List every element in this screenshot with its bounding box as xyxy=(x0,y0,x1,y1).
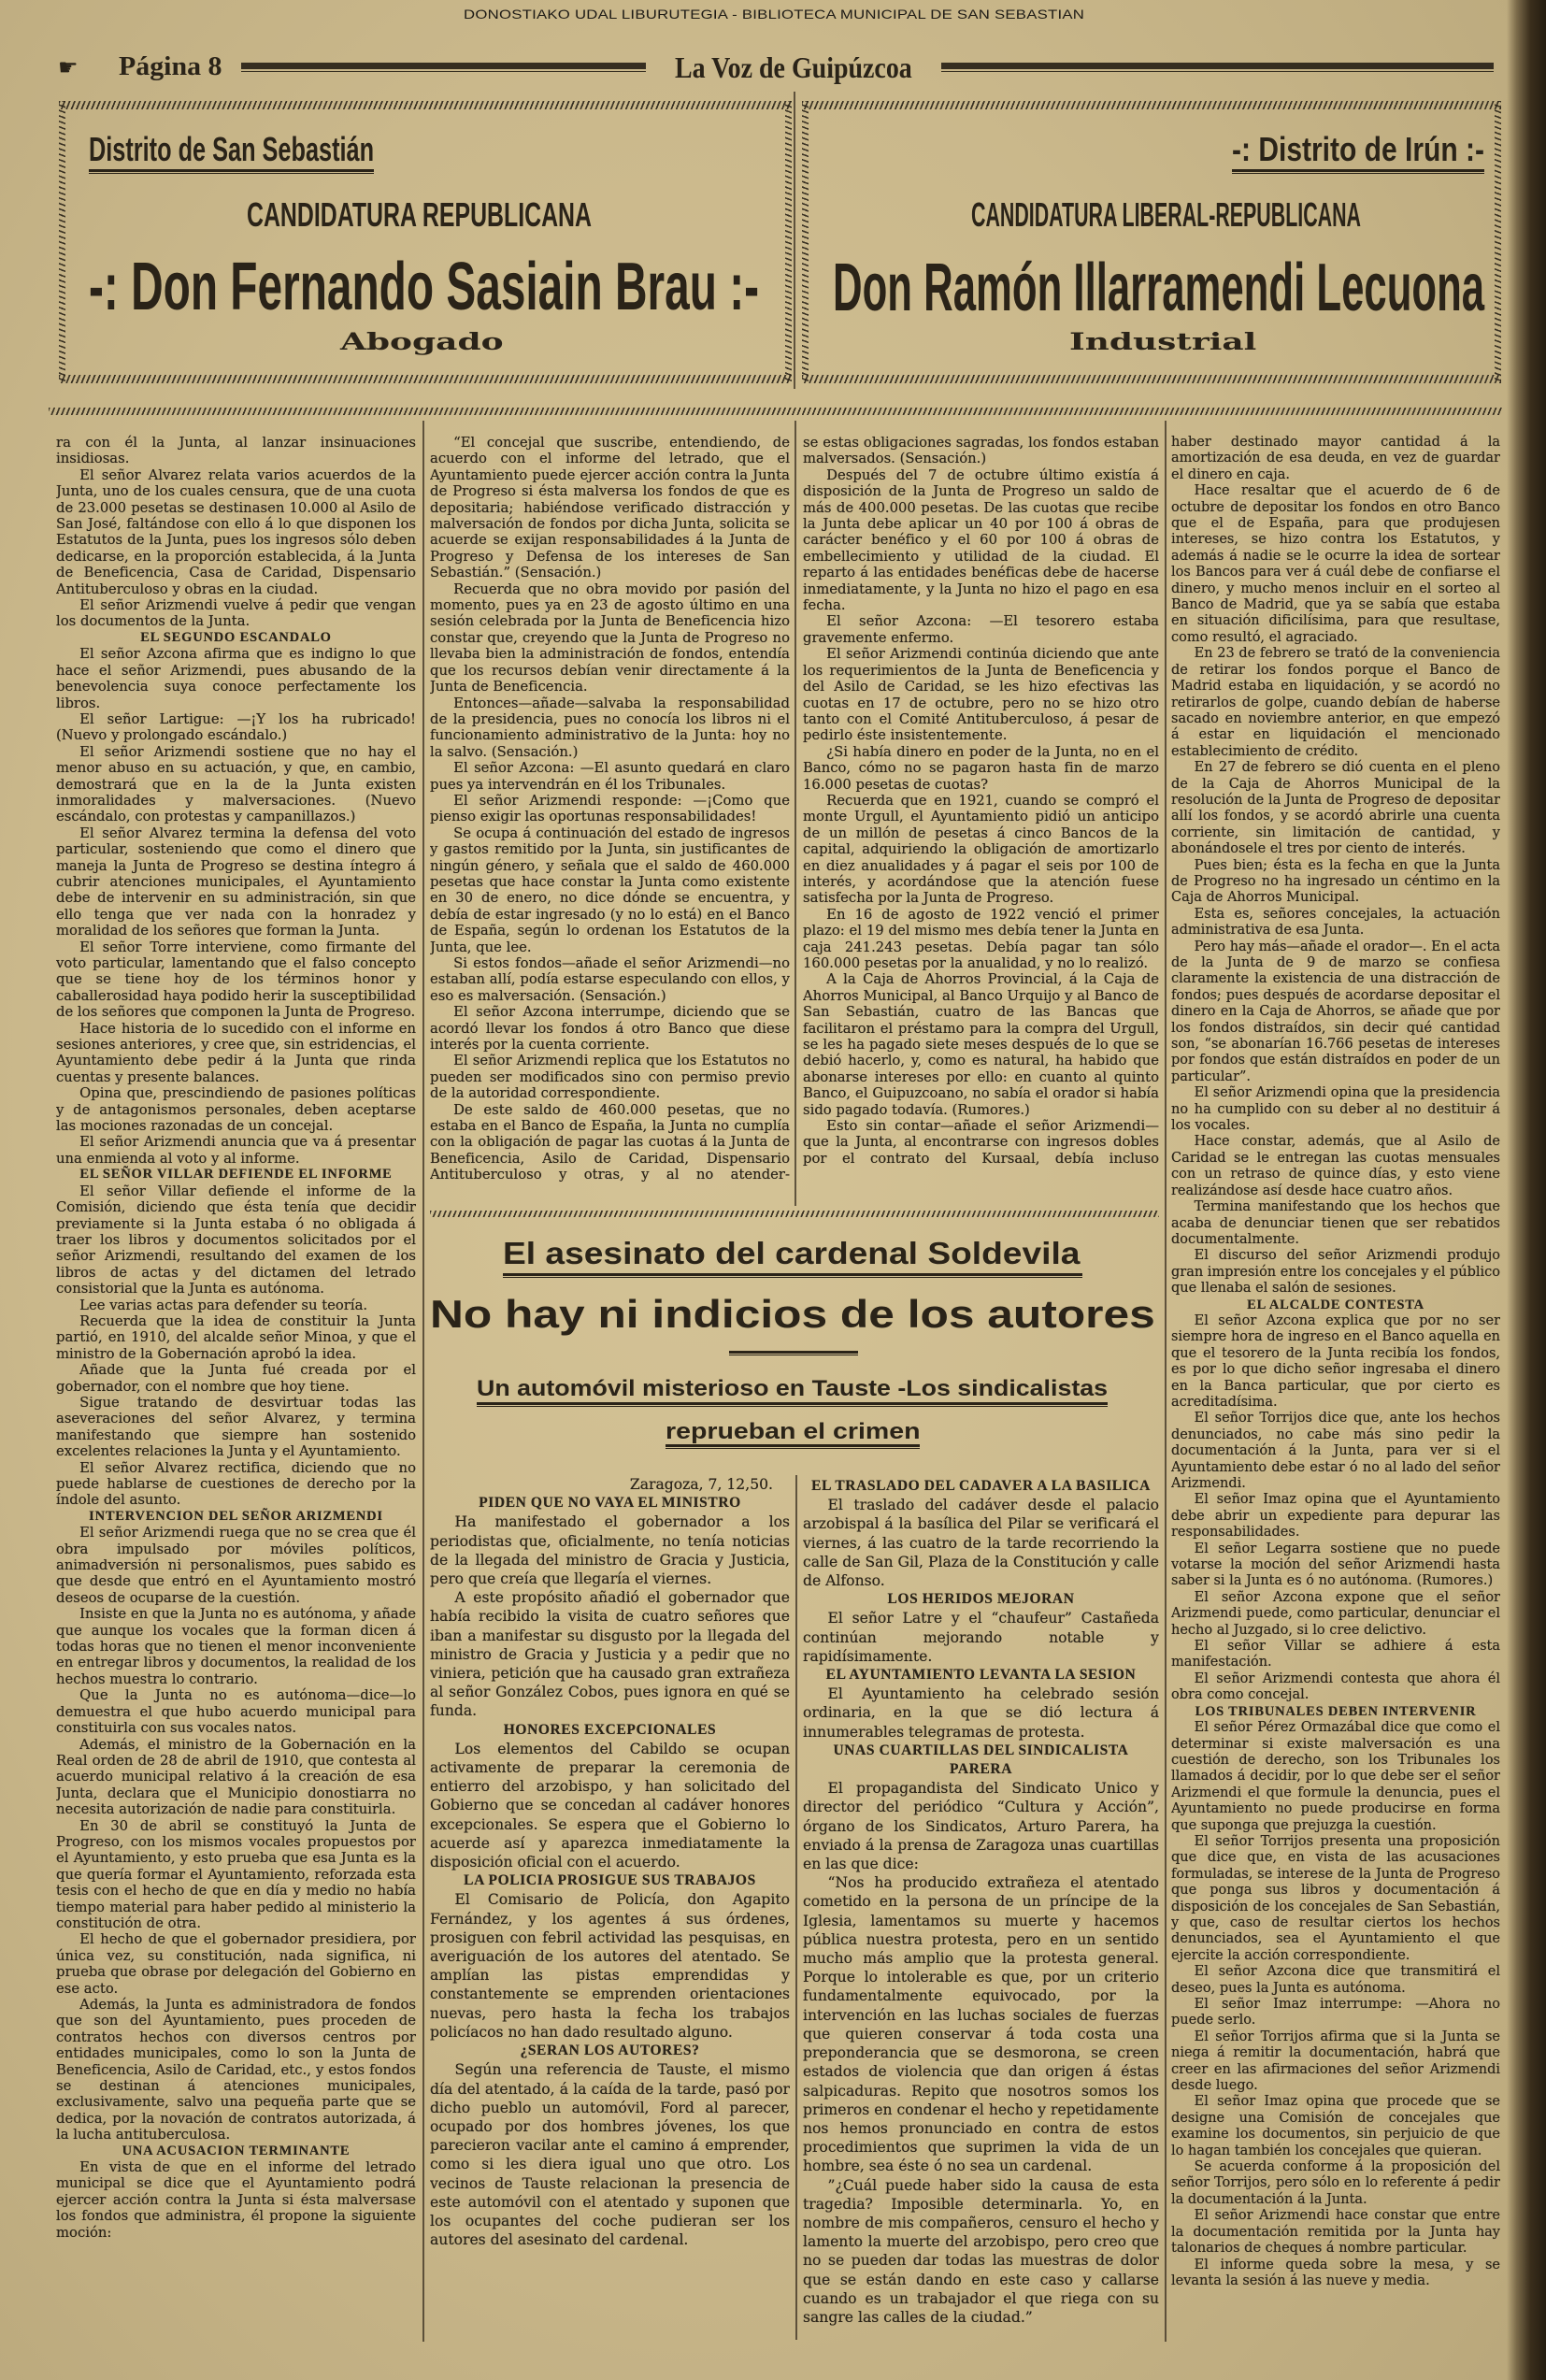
paragraph: De este saldo de 460.000 pesetas, que no… xyxy=(430,1102,790,1183)
paragraph: Según una referencia de Tauste, el mismo… xyxy=(430,2060,790,2249)
section-heading: EL TRASLADO DEL CADAVER A LA BASILICA xyxy=(803,1477,1159,1496)
paragraph: Hace historia de lo sucedido con el info… xyxy=(56,1021,416,1086)
district-label: -: Distrito de Irún :- xyxy=(1232,133,1484,166)
paragraph: El señor Arizmendi hace constar que entr… xyxy=(1171,2208,1500,2257)
column-rule-2-bottom xyxy=(795,1475,797,2340)
paragraph: El señor Arizmendi ruega que no se crea … xyxy=(56,1525,416,1606)
paragraph: “Nos ha producido extrañeza el atentado … xyxy=(803,1873,1159,2175)
session-report-column-1: ra con él la Junta, al lanzar insinuacio… xyxy=(56,435,416,2337)
paragraph: Lee varias actas para defender su teoría… xyxy=(56,1298,416,1313)
paragraph: El señor Imaz opina que procede que se d… xyxy=(1171,2094,1500,2159)
paragraph: El señor Arizmendi sostiene que no hay e… xyxy=(56,744,416,825)
paragraph: En 23 de febrero se trató de la convenie… xyxy=(1171,646,1500,760)
section-heading: UNA ACUSACION TERMINANTE xyxy=(56,2143,416,2159)
paragraph: El señor Torrijos afirma que si la Junta… xyxy=(1171,2029,1500,2095)
paragraph: A la Caja de Ahorros Provincial, á la Ca… xyxy=(803,971,1159,1118)
paragraph: Recuerda que la idea de constituir la Ju… xyxy=(56,1313,416,1362)
paragraph: El hecho de que el gobernador presidiera… xyxy=(56,1931,416,1997)
ad-right-district: -: Distrito de Irún :- xyxy=(1232,133,1535,166)
paragraph: El Ayuntamiento ha celebrado sesión ordi… xyxy=(803,1685,1159,1742)
paragraph: haber destinado mayor cantidad á la amor… xyxy=(1171,435,1500,483)
section-heading: LA POLICIA PROSIGUE SUS TRABAJOS xyxy=(430,1871,790,1890)
subhead-text: reprueban el crimen xyxy=(666,1421,921,1443)
paragraph: Que la Junta no es autónoma—dice—lo demu… xyxy=(56,1687,416,1736)
archive-banner-text: DONOSTIAKO UDAL LIBURUTEGIA - BIBLIOTECA… xyxy=(464,7,1084,21)
paragraph: Opina que, prescindiendo de pasiones pol… xyxy=(56,1085,416,1134)
paragraph: El discurso del señor Arizmendi produjo … xyxy=(1171,1248,1500,1297)
session-report-column-4: haber destinado mayor cantidad á la amor… xyxy=(1171,435,1500,2337)
section-heading: ¿SERAN LOS AUTORES? xyxy=(430,2042,790,2060)
ad-border-bottom xyxy=(802,375,1501,383)
ad-right-profession: Industrial xyxy=(1069,330,1200,354)
ad-left-profession: Abogado xyxy=(340,330,453,354)
paragraph: El señor Arizmendi replica que los Estat… xyxy=(430,1053,790,1101)
paragraph: El señor Arizmendi opina que la presiden… xyxy=(1171,1085,1500,1134)
district-underline xyxy=(89,169,374,174)
ad-border-top xyxy=(59,101,792,109)
paragraph: El señor Arizmendi vuelve á pedir que ve… xyxy=(56,597,416,630)
paragraph: El señor Arizmendi contesta que ahora él… xyxy=(1171,1671,1500,1704)
page-number-text: Página 8 xyxy=(119,54,222,80)
paragraph: Esta es, señores concejales, la actuació… xyxy=(1171,907,1500,939)
paragraph: ra con él la Junta, al lanzar insinuacio… xyxy=(56,435,416,467)
ad-border-left xyxy=(802,101,809,383)
paragraph: Pues bien; ésta es la fecha en que la Ju… xyxy=(1171,858,1500,907)
paragraph: Hace resaltar que el acuerdo de 6 de oct… xyxy=(1171,483,1500,646)
paragraph: Hace constar, además, que al Asilo de Ca… xyxy=(1171,1134,1500,1199)
district-underline xyxy=(1232,169,1484,174)
article-subhead-1: Un automóvil misterioso en Tauste -Los s… xyxy=(477,1378,1042,1400)
paragraph: Los elementos del Cabildo se ocupan acti… xyxy=(430,1740,790,1871)
paragraph: Esto sin contar—añade el señor Arizmendi… xyxy=(803,1118,1159,1167)
article-divider-wavy xyxy=(430,1211,1159,1217)
article-subhead-2: reprueban el crimen xyxy=(666,1421,880,1443)
paragraph: El señor Imaz interrumpe: —Ahora no pued… xyxy=(1171,1997,1500,2029)
session-report-column-3: se estas obligaciones sagradas, los fond… xyxy=(803,435,1159,1201)
paragraph: El informe queda sobre la mesa, y se lev… xyxy=(1171,2258,1500,2290)
paragraph: El señor Latre y el “chaufeur” Castañeda… xyxy=(803,1609,1159,1666)
newspaper-title-text: La Voz de Guipúzcoa xyxy=(675,52,912,82)
page-number-label: Página 8 xyxy=(119,54,215,80)
paragraph: Se ocupa á continuación del estado de in… xyxy=(430,825,790,955)
paragraph: ”¿Cuál puede haber sido la causa de esta… xyxy=(803,2176,1159,2328)
paragraph: se estas obligaciones sagradas, los fond… xyxy=(803,435,1159,467)
dateline: Zaragoza, 7, 12,50. xyxy=(430,1475,790,1494)
section-heading: EL ALCALDE CONTESTA xyxy=(1171,1298,1500,1313)
paragraph: El señor Azcona dice que transmitirá el … xyxy=(1171,1964,1500,1997)
paragraph: En 27 de febrero se dió cuenta en el ple… xyxy=(1171,760,1500,857)
paragraph: El señor Torrijos presenta una proposici… xyxy=(1171,1834,1500,1964)
candidate-profession: Industrial xyxy=(1069,330,1256,353)
section-heading: EL AYUNTAMIENTO LEVANTA LA SESION xyxy=(803,1666,1159,1685)
paragraph: El señor Villar defiende el informe de l… xyxy=(56,1183,416,1298)
article-kicker: El asesinato del cardenal Soldevila xyxy=(503,1238,1015,1269)
paragraph: El señor Arizmendi responde: —¡Como que … xyxy=(430,793,790,825)
ad-right-candidate: Don Ramón Illarramendi Lecuona xyxy=(833,254,1546,322)
kicker-text: El asesinato del cardenal Soldevila xyxy=(503,1238,1080,1269)
paragraph: El señor Azcona: —El tesorero estaba gra… xyxy=(803,613,1159,646)
section-heading: UNAS CUARTILLAS DEL SINDICALISTA PARERA xyxy=(803,1742,1159,1779)
soldevila-column-right: EL TRASLADO DEL CADAVER A LA BASILICA El… xyxy=(803,1477,1159,2374)
archive-banner: DONOSTIAKO UDAL LIBURUTEGIA - BIBLIOTECA… xyxy=(464,7,982,23)
paragraph: A este propósito añadió el gobernador qu… xyxy=(430,1588,790,1720)
paragraph: Añade que la Junta fué creada por el gob… xyxy=(56,1362,416,1395)
section-heading: PIDEN QUE NO VAYA EL MINISTRO xyxy=(430,1494,790,1513)
paragraph: El señor Azcona explica que por no ser s… xyxy=(1171,1313,1500,1411)
section-heading: LOS HERIDOS MEJORAN xyxy=(803,1590,1159,1609)
subhead-underline xyxy=(666,1444,920,1449)
article-headline: No hay ni indicios de los autores xyxy=(430,1295,1043,1334)
paragraph: En 16 de agosto de 1922 venció el primer… xyxy=(803,907,1159,972)
ad-border-left xyxy=(59,101,65,383)
soldevila-column-left: Zaragoza, 7, 12,50. PIDEN QUE NO VAYA EL… xyxy=(430,1475,790,2344)
paragraph: El señor Azcona interrumpe, diciendo que… xyxy=(430,1004,790,1053)
subhead-underline xyxy=(477,1402,1108,1407)
paragraph: El señor Azcona: —El asunto quedará en c… xyxy=(430,760,790,793)
section-heading: EL SEÑOR VILLAR DEFIENDE EL INFORME xyxy=(56,1167,416,1183)
paragraph: Pero hay más—añade el orador—. En el act… xyxy=(1171,939,1500,1086)
ad-left-candidacy: CANDIDATURA REPUBLICANA xyxy=(247,198,746,232)
paragraph: Se acuerda conforme á la proposición del… xyxy=(1171,2159,1500,2208)
paragraph: En 30 de abril se constituyó la Junta de… xyxy=(56,1818,416,1932)
paragraph: El propagandista del Sindicato Unico y d… xyxy=(803,1779,1159,1873)
paragraph: Después del 7 de octubre último existía … xyxy=(803,467,1159,614)
column-rule-3 xyxy=(1165,421,1167,2342)
candidacy-label: CANDIDATURA REPUBLICANA xyxy=(247,198,592,232)
ad-left-district: Distrito de San Sebastián xyxy=(89,133,494,166)
candidate-name: -: Don Fernando Sasiain Brau :- xyxy=(89,253,759,321)
paragraph: Entonces—añade—salvaba la responsabilida… xyxy=(430,695,790,761)
ad-divider xyxy=(794,92,795,389)
session-report-column-2: “El concejal que suscribe, entendiendo, … xyxy=(430,435,790,1201)
paragraph: El señor Imaz opina que el Ayuntamiento … xyxy=(1171,1492,1500,1541)
paragraph: Termina manifestando que los hechos que … xyxy=(1171,1199,1500,1248)
section-heading: HONORES EXCEPCIONALES xyxy=(430,1721,790,1740)
masthead-rule-left xyxy=(241,63,646,72)
paragraph: El señor Alvarez termina la defensa del … xyxy=(56,825,416,939)
masthead-rule-right xyxy=(941,63,1494,72)
kicker-underline xyxy=(503,1273,1082,1278)
ad-border-top xyxy=(802,101,1501,109)
candidate-name: Don Ramón Illarramendi Lecuona xyxy=(833,254,1484,322)
paragraph: El señor Legarra sostiene que no puede v… xyxy=(1171,1541,1500,1590)
paragraph: El señor Arizmendi continúa diciendo que… xyxy=(803,646,1159,743)
paragraph: Recuerda que no obra movido por pasión d… xyxy=(430,581,790,695)
section-heading: EL SEGUNDO ESCANDALO xyxy=(56,630,416,646)
section-heading: LOS TRIBUNALES DEBEN INTERVENIR xyxy=(1171,1704,1500,1720)
district-label: Distrito de San Sebastián xyxy=(89,133,374,166)
column-rule-1 xyxy=(422,421,424,2342)
paragraph: El señor Alvarez rectifica, diciendo que… xyxy=(56,1460,416,1509)
subhead-text: Un automóvil misterioso en Tauste -Los s… xyxy=(477,1378,1108,1400)
paragraph: En vista de que en el informe del letrad… xyxy=(56,2159,416,2241)
ad-border-bottom xyxy=(59,375,792,383)
paragraph: Recuerda que en 1921, cuando se compró e… xyxy=(803,793,1159,907)
paragraph: El señor Arizmendi anuncia que va á pres… xyxy=(56,1134,416,1167)
binding-shadow xyxy=(1507,0,1546,2380)
paragraph: El señor Villar se adhiere á esta manife… xyxy=(1171,1639,1500,1671)
paragraph: ¿Si había dinero en poder de la Junta, n… xyxy=(803,744,1159,793)
paragraph: El señor Azcona expone que el señor Ariz… xyxy=(1171,1590,1500,1639)
pointing-hand-icon xyxy=(58,56,79,79)
paragraph: “El concejal que suscribe, entendiendo, … xyxy=(430,435,790,581)
ad-right-candidacy: CANDIDATURA LIBERAL-REPUBLICANA xyxy=(971,198,1546,232)
ad-border-right xyxy=(785,101,792,383)
paragraph: El señor Azcona afirma que es indigno lo… xyxy=(56,646,416,711)
paragraph: El señor Lartigue: —¡Y los ha rubricado!… xyxy=(56,711,416,744)
candidate-profession: Abogado xyxy=(340,330,504,353)
paragraph: El señor Torrijos dice que, ante los hec… xyxy=(1171,1411,1500,1492)
paragraph: El señor Pérez Ormazábal dice que como e… xyxy=(1171,1720,1500,1834)
paragraph: Sigue tratando de desvirtuar todas las a… xyxy=(56,1395,416,1460)
newspaper-title: La Voz de Guipúzcoa xyxy=(675,52,947,82)
paragraph: El señor Alvarez relata varios acuerdos … xyxy=(56,467,416,597)
paragraph: Además, el ministro de la Gobernación en… xyxy=(56,1737,416,1818)
paragraph: El Comisario de Policía, don Agapito Fer… xyxy=(430,1890,790,2042)
section-divider-wavy xyxy=(49,408,1502,415)
section-heading: INTERVENCION DEL SEÑOR ARIZMENDI xyxy=(56,1509,416,1525)
paragraph: Ha manifestado el gobernador a los perio… xyxy=(430,1513,790,1588)
headline-short-rule xyxy=(729,1351,858,1355)
paragraph: Si estos fondos—añade el señor Arizmendi… xyxy=(430,955,790,1004)
column-rule-2-top xyxy=(794,421,796,1206)
paragraph: Además, la Junta es administradora de fo… xyxy=(56,1997,416,2143)
paragraph: Insiste en que la Junta no es autónoma, … xyxy=(56,1606,416,1687)
paragraph: El traslado del cadáver desde el palacio… xyxy=(803,1496,1159,1590)
paragraph: El señor Torre interviene, como firmante… xyxy=(56,939,416,1021)
headline-text: No hay ni indicios de los autores xyxy=(430,1295,1155,1334)
candidacy-label: CANDIDATURA LIBERAL-REPUBLICANA xyxy=(971,198,1361,232)
